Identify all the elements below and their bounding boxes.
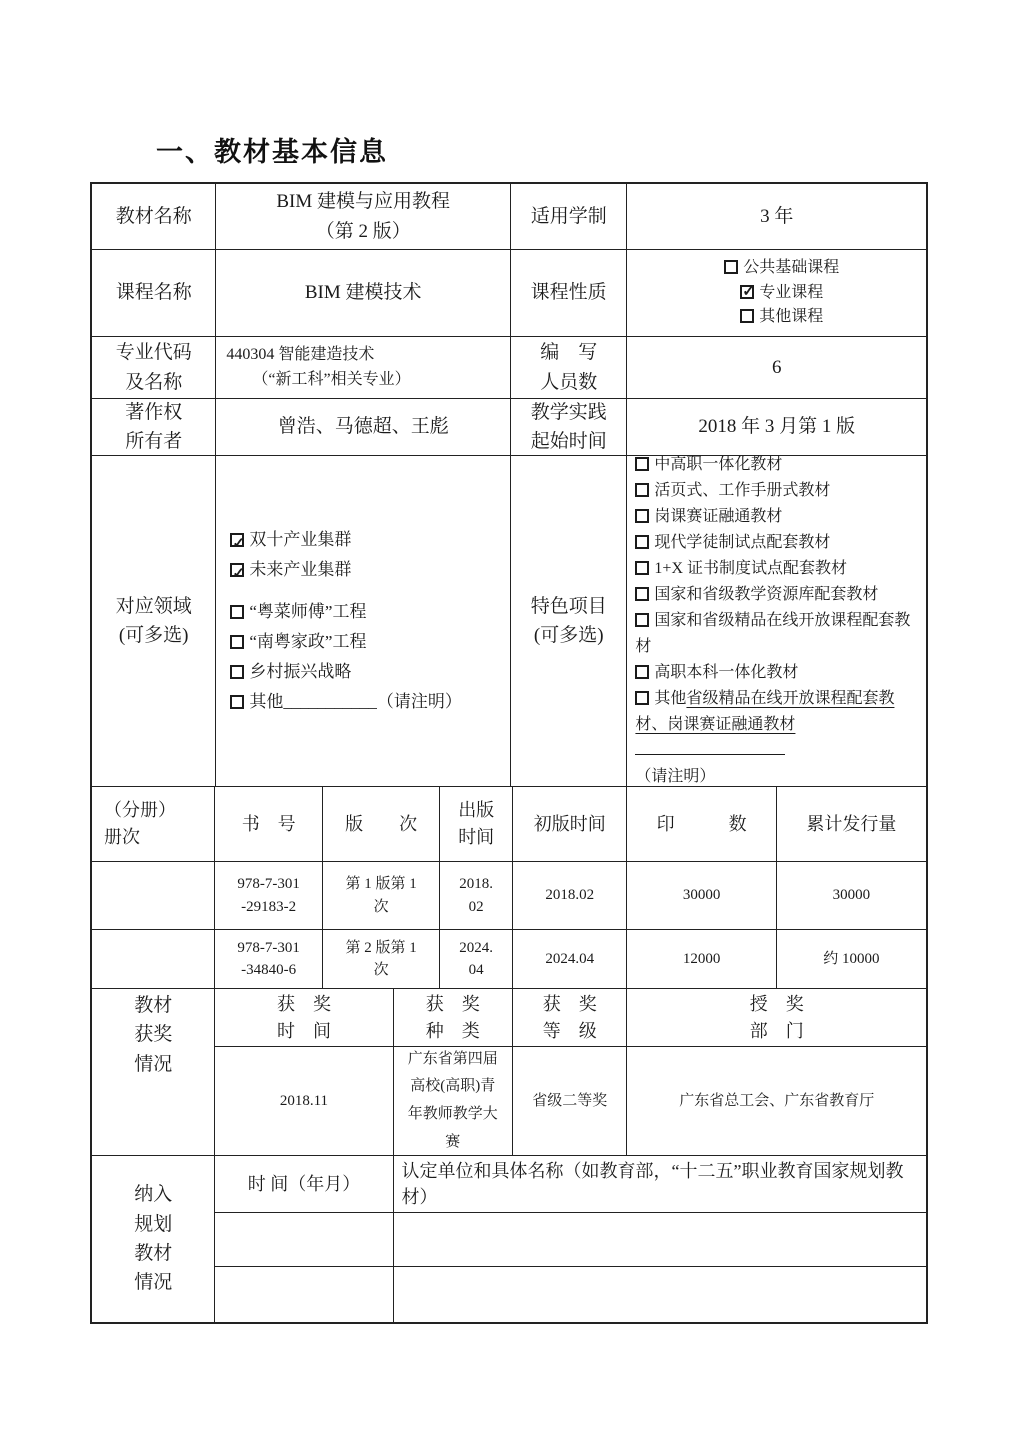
option-label: 未来产业集群 xyxy=(249,560,351,579)
table-row-planning-2 xyxy=(215,1267,926,1322)
section-planning: 纳入 规划 教材 情况 时 间（年月） 认定单位和具体名称（如教育部，“十二五”… xyxy=(92,1156,926,1322)
label-writers-count: 编 写 人员数 xyxy=(511,337,627,398)
option-yuecai-project: “粤菜师傅”工程 xyxy=(230,597,366,627)
value-major-code: 440304 智能建造技术 （“新工科”相关专业） xyxy=(216,337,511,398)
value-copyright-owner: 曾浩、马德超、王彪 xyxy=(216,399,511,455)
option-label: 公共基础课程 xyxy=(743,259,839,276)
checkbox-icon xyxy=(230,635,244,649)
value-schooling-years: 3 年 xyxy=(627,184,926,249)
cell-isbn: 978-7-301 -34840-6 xyxy=(215,930,322,988)
value-practice-start: 2018 年 3 月第 1 版 xyxy=(627,399,926,455)
row-awards-header: 获 奖 时 间 获 奖 种 类 获 奖 等 级 授 奖 部 门 xyxy=(215,989,926,1047)
option-features-other: 其他省级精品在线开放课程配套教材、岗课赛证融通教材 xyxy=(635,686,922,764)
table-row-book-1: 978-7-301 -29183-2 第 1 版第 1 次 2018. 02 2… xyxy=(92,862,926,930)
option-label: 高职本科一体化教材 xyxy=(654,664,798,681)
checkbox-icon xyxy=(635,509,649,523)
row-planning-header: 时 间（年月） 认定单位和具体名称（如教育部，“十二五”职业教育国家规划教材） xyxy=(215,1156,926,1213)
option-other-course: 其他课程 xyxy=(740,305,823,330)
option-vocational-undergrad-integrated: 高职本科一体化教材 xyxy=(635,660,798,686)
row-books-header: （分册） 册次 书 号 版 次 出版 时间 初版时间 印 数 累计发行量 xyxy=(92,787,926,862)
row-textbook-name: 教材名称 BIM 建模与应用教程 （第 2 版） 适用学制 3 年 xyxy=(92,184,926,250)
option-shuangshi-clusters: 双十产业集群 xyxy=(230,525,351,555)
features-options: 中高职一体化教材 活页式、工作手册式教材 岗课赛证融通教材 现代学徒制试点配套教… xyxy=(627,456,926,786)
fill-tail-line xyxy=(635,740,785,755)
cell-award-time: 2018.11 xyxy=(215,1047,393,1155)
option-major-course: 专业课程 xyxy=(740,281,823,306)
checkbox-icon xyxy=(740,309,754,323)
checkbox-icon xyxy=(230,665,244,679)
label-features: 特色项目 (可多选) xyxy=(511,456,627,786)
option-label: 国家和省级精品在线开放课程配套教材 xyxy=(635,612,910,655)
option-label: 1+X 证书制度试点配套教材 xyxy=(654,560,847,577)
cell-print-count: 12000 xyxy=(627,930,776,988)
option-label: 双十产业集群 xyxy=(249,530,351,549)
header-award-issuer: 授 奖 部 门 xyxy=(627,989,926,1046)
option-label: 其他 xyxy=(654,690,686,707)
cell-award-kind: 广东省第四届高校(高职)青年教师教学大赛 xyxy=(394,1047,514,1155)
checkbox-icon xyxy=(635,665,649,679)
header-pub-time: 出版 时间 xyxy=(440,787,513,861)
label-course-name: 课程名称 xyxy=(92,250,216,336)
section-title: 一、教材基本信息 xyxy=(156,130,388,169)
planning-right: 时 间（年月） 认定单位和具体名称（如教育部，“十二五”职业教育国家规划教材） xyxy=(215,1156,926,1322)
cell-planning-name xyxy=(394,1213,926,1266)
value-course-name: BIM 建模技术 xyxy=(216,250,511,336)
option-label: 其他课程 xyxy=(759,308,823,325)
option-label: 专业课程 xyxy=(759,284,823,301)
option-label: 国家和省级教学资源库配套教材 xyxy=(654,586,878,603)
option-label: 中高职一体化教材 xyxy=(654,456,782,473)
cell-total-issue: 30000 xyxy=(777,862,926,929)
checkbox-icon xyxy=(230,605,244,619)
cell-pub-time: 2024. 04 xyxy=(440,930,513,988)
label-planning: 纳入 规划 教材 情况 xyxy=(92,1156,215,1322)
label-domains: 对应领域 (可多选) xyxy=(92,456,216,786)
cell-planning-name xyxy=(394,1267,926,1322)
checkbox-icon xyxy=(635,561,649,575)
row-course-name: 课程名称 BIM 建模技术 课程性质 公共基础课程 专业课程 其他课程 xyxy=(92,250,926,337)
header-edition: 版 次 xyxy=(323,787,440,861)
other-note: （请注明） xyxy=(635,764,715,786)
option-nanyue-project: “南粤家政”工程 xyxy=(230,627,366,657)
option-label: 现代学徒制试点配套教材 xyxy=(654,534,830,551)
row-domains-features: 对应领域 (可多选) 双十产业集群 未来产业集群 “粤菜师傅”工程 “南粤家政”… xyxy=(92,456,926,787)
checkbox-icon xyxy=(635,457,649,471)
label-course-nature: 课程性质 xyxy=(511,250,627,336)
cell-edition: 第 1 版第 1 次 xyxy=(323,862,440,929)
course-nature-options: 公共基础课程 专业课程 其他课程 xyxy=(627,250,926,336)
header-volume: （分册） 册次 xyxy=(92,787,215,861)
label-awards: 教材 获奖 情况 xyxy=(92,989,215,1155)
cell-award-level: 省级二等奖 xyxy=(513,1047,627,1155)
textbook-info-table: 教材名称 BIM 建模与应用教程 （第 2 版） 适用学制 3 年 课程名称 B… xyxy=(90,182,928,1324)
checkbox-icon xyxy=(230,533,244,547)
option-label: 活页式、工作手册式教材 xyxy=(654,482,830,499)
header-planning-name: 认定单位和具体名称（如教育部，“十二五”职业教育国家规划教材） xyxy=(394,1156,926,1212)
option-apprenticeship-pilot: 现代学徒制试点配套教材 xyxy=(635,530,830,556)
cell-pub-time: 2018. 02 xyxy=(440,862,513,929)
checkbox-icon xyxy=(230,695,244,709)
label-schooling-years: 适用学制 xyxy=(511,184,627,249)
option-label: “南粤家政”工程 xyxy=(249,632,366,651)
header-isbn: 书 号 xyxy=(215,787,322,861)
checkbox-icon xyxy=(635,587,649,601)
option-1x-certificate: 1+X 证书制度试点配套教材 xyxy=(635,556,847,582)
cell-edition: 第 2 版第 1 次 xyxy=(323,930,440,988)
option-gangkesaizheng: 岗课赛证融通教材 xyxy=(635,504,782,530)
cell-isbn: 978-7-301 -29183-2 xyxy=(215,862,322,929)
cell-planning-time xyxy=(215,1213,393,1266)
option-secondary-higher-integrated: 中高职一体化教材 xyxy=(635,456,782,478)
header-first-pub: 初版时间 xyxy=(513,787,627,861)
header-award-level: 获 奖 等 级 xyxy=(513,989,627,1046)
value-writers-count: 6 xyxy=(627,337,926,398)
table-row-book-2: 978-7-301 -34840-6 第 2 版第 1 次 2024. 04 2… xyxy=(92,930,926,989)
cell-print-count: 30000 xyxy=(627,862,776,929)
option-label: 岗课赛证融通教材 xyxy=(654,508,782,525)
cell-volume xyxy=(92,862,215,929)
option-online-open-course: 国家和省级精品在线开放课程配套教材 xyxy=(635,608,922,660)
header-award-kind: 获 奖 种 类 xyxy=(394,989,513,1046)
option-rural-revitalization: 乡村振兴战略 xyxy=(230,657,351,687)
header-print-count: 印 数 xyxy=(627,787,776,861)
option-loose-leaf-handbook: 活页式、工作手册式教材 xyxy=(635,478,830,504)
option-label: 其他___________（请注明） xyxy=(249,692,462,711)
cell-award-issuer: 广东省总工会、广东省教育厅 xyxy=(627,1047,926,1155)
domains-options: 双十产业集群 未来产业集群 “粤菜师傅”工程 “南粤家政”工程 乡村振兴战略 其… xyxy=(216,456,511,786)
option-resource-library: 国家和省级教学资源库配套教材 xyxy=(635,582,878,608)
checkbox-icon xyxy=(635,613,649,627)
value-textbook-name: BIM 建模与应用教程 （第 2 版） xyxy=(216,184,511,249)
label-practice-start: 教学实践 起始时间 xyxy=(511,399,627,455)
scanned-form-page: 一、教材基本信息 教材名称 BIM 建模与应用教程 （第 2 版） 适用学制 3… xyxy=(0,0,1024,1448)
checkbox-icon xyxy=(635,483,649,497)
label-major-code: 专业代码 及名称 xyxy=(92,337,216,398)
option-label: “粤菜师傅”工程 xyxy=(249,602,366,621)
checkbox-icon xyxy=(635,691,649,705)
cell-first-pub: 2024.04 xyxy=(513,930,627,988)
cell-planning-time xyxy=(215,1267,393,1322)
row-copyright-owner: 著作权 所有者 曾浩、马德超、王彪 教学实践 起始时间 2018 年 3 月第 … xyxy=(92,399,926,456)
row-major-code: 专业代码 及名称 440304 智能建造技术 （“新工科”相关专业） 编 写 人… xyxy=(92,337,926,399)
cell-first-pub: 2018.02 xyxy=(513,862,627,929)
label-copyright-owner: 著作权 所有者 xyxy=(92,399,216,455)
option-public-basic-course: 公共基础课程 xyxy=(724,256,839,281)
table-row-award-1: 2018.11 广东省第四届高校(高职)青年教师教学大赛 省级二等奖 广东省总工… xyxy=(215,1047,926,1155)
cell-volume xyxy=(92,930,215,988)
checkbox-icon xyxy=(635,535,649,549)
header-planning-time: 时 间（年月） xyxy=(215,1156,393,1212)
major-code-line1: 440304 智能建造技术 xyxy=(226,343,374,368)
label-textbook-name: 教材名称 xyxy=(92,184,216,249)
header-total-issue: 累计发行量 xyxy=(777,787,926,861)
awards-right: 获 奖 时 间 获 奖 种 类 获 奖 等 级 授 奖 部 门 2018.11 … xyxy=(215,989,926,1155)
header-award-time: 获 奖 时 间 xyxy=(215,989,393,1046)
major-code-line2: （“新工科”相关专业） xyxy=(226,368,410,393)
option-domains-other: 其他___________（请注明） xyxy=(230,687,462,717)
option-label: 乡村振兴战略 xyxy=(249,662,351,681)
checkbox-icon xyxy=(740,285,754,299)
table-row-planning-1 xyxy=(215,1213,926,1267)
section-awards: 教材 获奖 情况 获 奖 时 间 获 奖 种 类 获 奖 等 级 授 奖 部 门… xyxy=(92,989,926,1156)
cell-total-issue: 约 10000 xyxy=(777,930,926,988)
checkbox-icon xyxy=(724,260,738,274)
checkbox-icon xyxy=(230,563,244,577)
option-future-clusters: 未来产业集群 xyxy=(230,555,351,585)
